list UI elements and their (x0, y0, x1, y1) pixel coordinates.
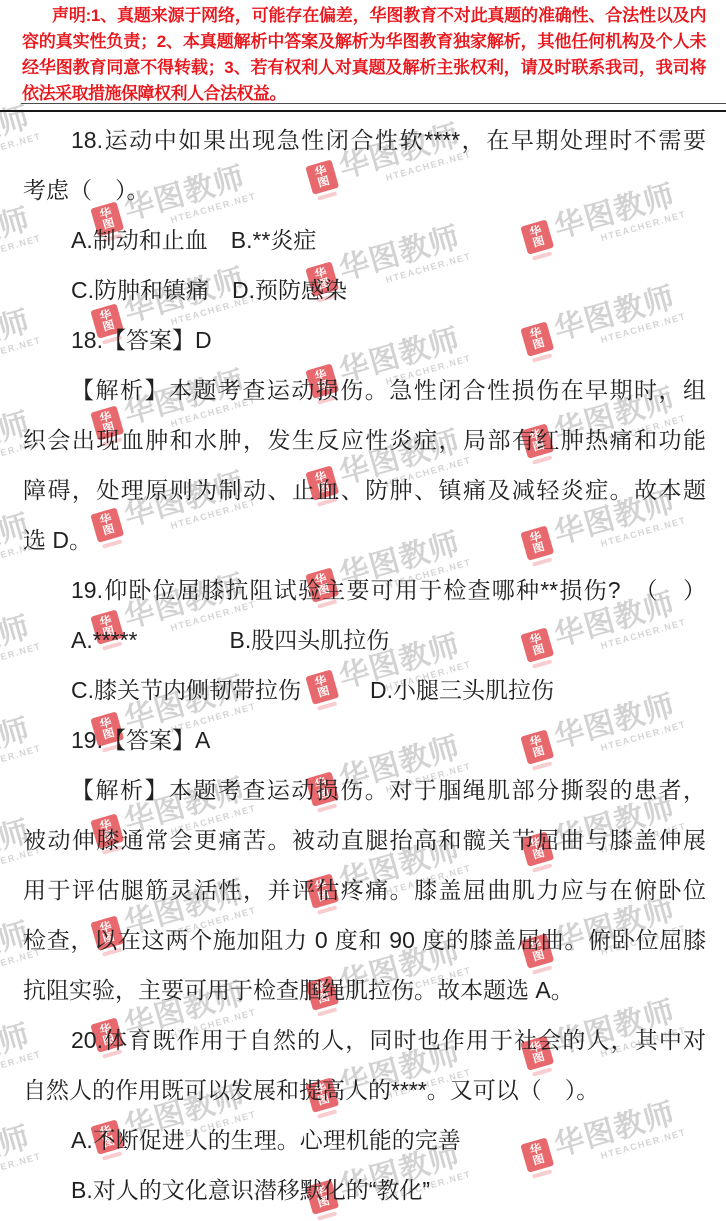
q19-analysis-line-2: 被动伸膝通常会更痛苦。被动直腿抬高和髋关节屈曲与膝盖伸展 (23, 815, 706, 865)
q18-analysis-line-1: 【解析】本题考查运动损伤。急性闭合性损伤在早期时，组 (23, 365, 706, 415)
q19-analysis-line-5: 抗阻实验，主要可用于检查腘绳肌拉伤。故本题选 A。 (23, 965, 706, 1015)
exam-text: 18.运动中如果出现急性闭合性软****，在早期处理时不需要考虑（ ）。A.制动… (23, 115, 706, 1215)
q19-analysis-line-3: 用于评估腿筋灵活性，并评估疼痛。膝盖屈曲肌力应与在俯卧位 (23, 865, 706, 915)
divider-line-thick (0, 110, 726, 112)
q20-stem-line-1: 20.体育既作用于自然的人，同时也作用于社会的人，其中对 (23, 1015, 706, 1065)
q18-stem-line-2: 考虑（ ）。 (23, 165, 706, 215)
document-page: 华图华图教师HTEACHER.NET华图华图教师HTEACHER.NET华图华图… (0, 0, 726, 1221)
q18-stem-line-1: 18.运动中如果出现急性闭合性软****，在早期处理时不需要 (23, 115, 706, 165)
q19-options-cd: C.膝关节内侧韧带拉伤 D.小腿三头肌拉伤 (23, 665, 706, 715)
q20-stem-line-2: 自然人的作用既可以发展和提高人的****。又可以（ ）。 (23, 1065, 706, 1115)
q18-answer: 18.【答案】D (23, 315, 706, 365)
disclaimer-line: 声明:1、真题来源于网络，可能存在偏差，华图教育不对此真题的准确性、合法性以及内 (22, 3, 706, 29)
q19-answer: 19.【答案】A (23, 715, 706, 765)
disclaimer-prefix: 声明: (52, 6, 91, 25)
q20-option-a: A.不断促进人的生理。心理机能的完善 (23, 1115, 706, 1165)
disclaimer-line: 经华图教育同意不得转载；3、若有权利人对真题及解析主张权利，请及时联系我司，我司… (22, 55, 706, 81)
q20-option-b: B.对人的文化意识潜移默化的“教化” (23, 1165, 706, 1215)
divider-line-thin (21, 103, 726, 104)
q19-options-ab: A.***** B.股四头肌拉伤 (23, 615, 706, 665)
disclaimer-line: 容的真实性负责；2、本真题解析中答案及解析为华图教育独家解析，其他任何机构及个人… (22, 29, 706, 55)
q19-stem: 19.仰卧位屈膝抗阻试验主要可用于检查哪种**损伤? （ ） (23, 565, 706, 615)
q18-options-ab: A.制动和止血 B.**炎症 (23, 215, 706, 265)
q18-analysis-line-3: 障碍，处理原则为制动、止血、防肿、镇痛及减轻炎症。故本题 (23, 465, 706, 515)
q19-analysis-line-4: 检查，以在这两个施加阻力 0 度和 90 度的膝盖屈曲。俯卧位屈膝 (23, 915, 706, 965)
q18-analysis-line-4: 选 D。 (23, 515, 706, 565)
q18-options-cd: C.防肿和镇痛 D.预防感染 (23, 265, 706, 315)
q18-analysis-line-2: 织会出现血肿和水肿，发生反应性炎症，局部有红肿热痛和功能 (23, 415, 706, 465)
disclaimer-notice: 声明:1、真题来源于网络，可能存在偏差，华图教育不对此真题的准确性、合法性以及内… (22, 3, 706, 107)
disclaimer-text: 1、真题来源于网络，可能存在偏差，华图教育不对此真题的准确性、合法性以及内 (91, 6, 706, 25)
q19-analysis-line-1: 【解析】本题考查运动损伤。对于腘绳肌部分撕裂的患者， (23, 765, 706, 815)
